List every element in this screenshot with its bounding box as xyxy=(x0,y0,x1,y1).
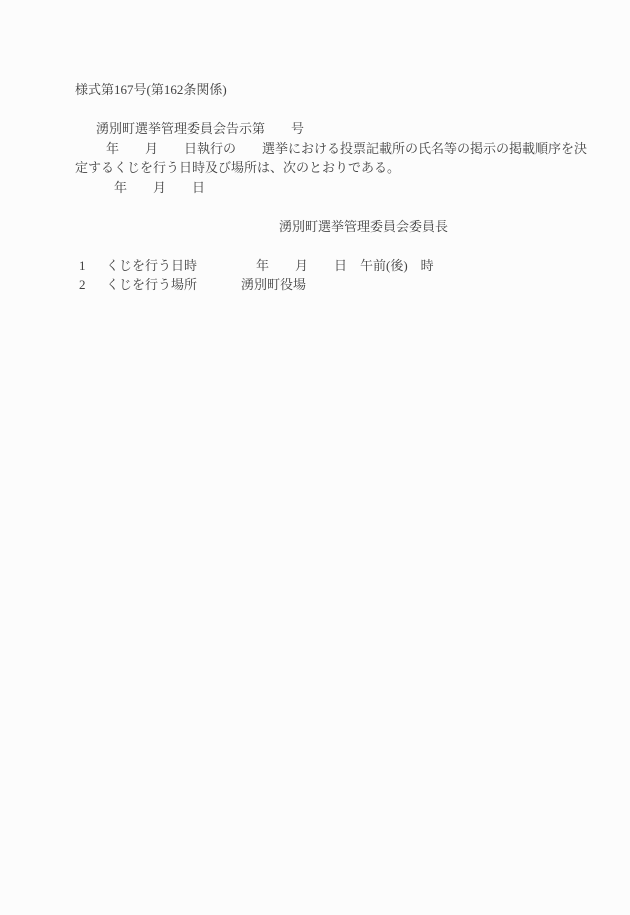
form-number-line: 様式第167号(第162条関係) xyxy=(75,80,590,100)
item-number: 2 xyxy=(79,275,106,295)
body-paragraph-line-1: 年 月 日執行の 選挙における投票記載所の氏名等の掲示の掲載順序を決 xyxy=(106,139,590,159)
body-paragraph-line-2: 定するくじを行う日時及び場所は、次のとおりである。 xyxy=(75,158,590,178)
list-item-datetime: 1くじを行う日時年 月 日 午前(後) 時 xyxy=(66,236,590,256)
date-blank-line: 年 月 日 xyxy=(114,178,590,198)
item-number: 1 xyxy=(79,256,106,276)
blank-line xyxy=(75,100,590,120)
item-value-place: 湧別町役場 xyxy=(241,275,306,295)
notice-title-line: 湧別町選挙管理委員会告示第 号 xyxy=(96,119,590,139)
blank-line xyxy=(75,197,590,217)
item-value-datetime: 年 月 日 午前(後) 時 xyxy=(256,258,434,273)
item-label-place: くじを行う場所 xyxy=(106,275,256,295)
item-label-datetime: くじを行う日時 xyxy=(106,256,256,276)
document-page: 様式第167号(第162条関係) 湧別町選挙管理委員会告示第 号 年 月 日執行… xyxy=(0,0,630,915)
signer-title-line: 湧別町選挙管理委員会委員長 xyxy=(279,217,590,237)
